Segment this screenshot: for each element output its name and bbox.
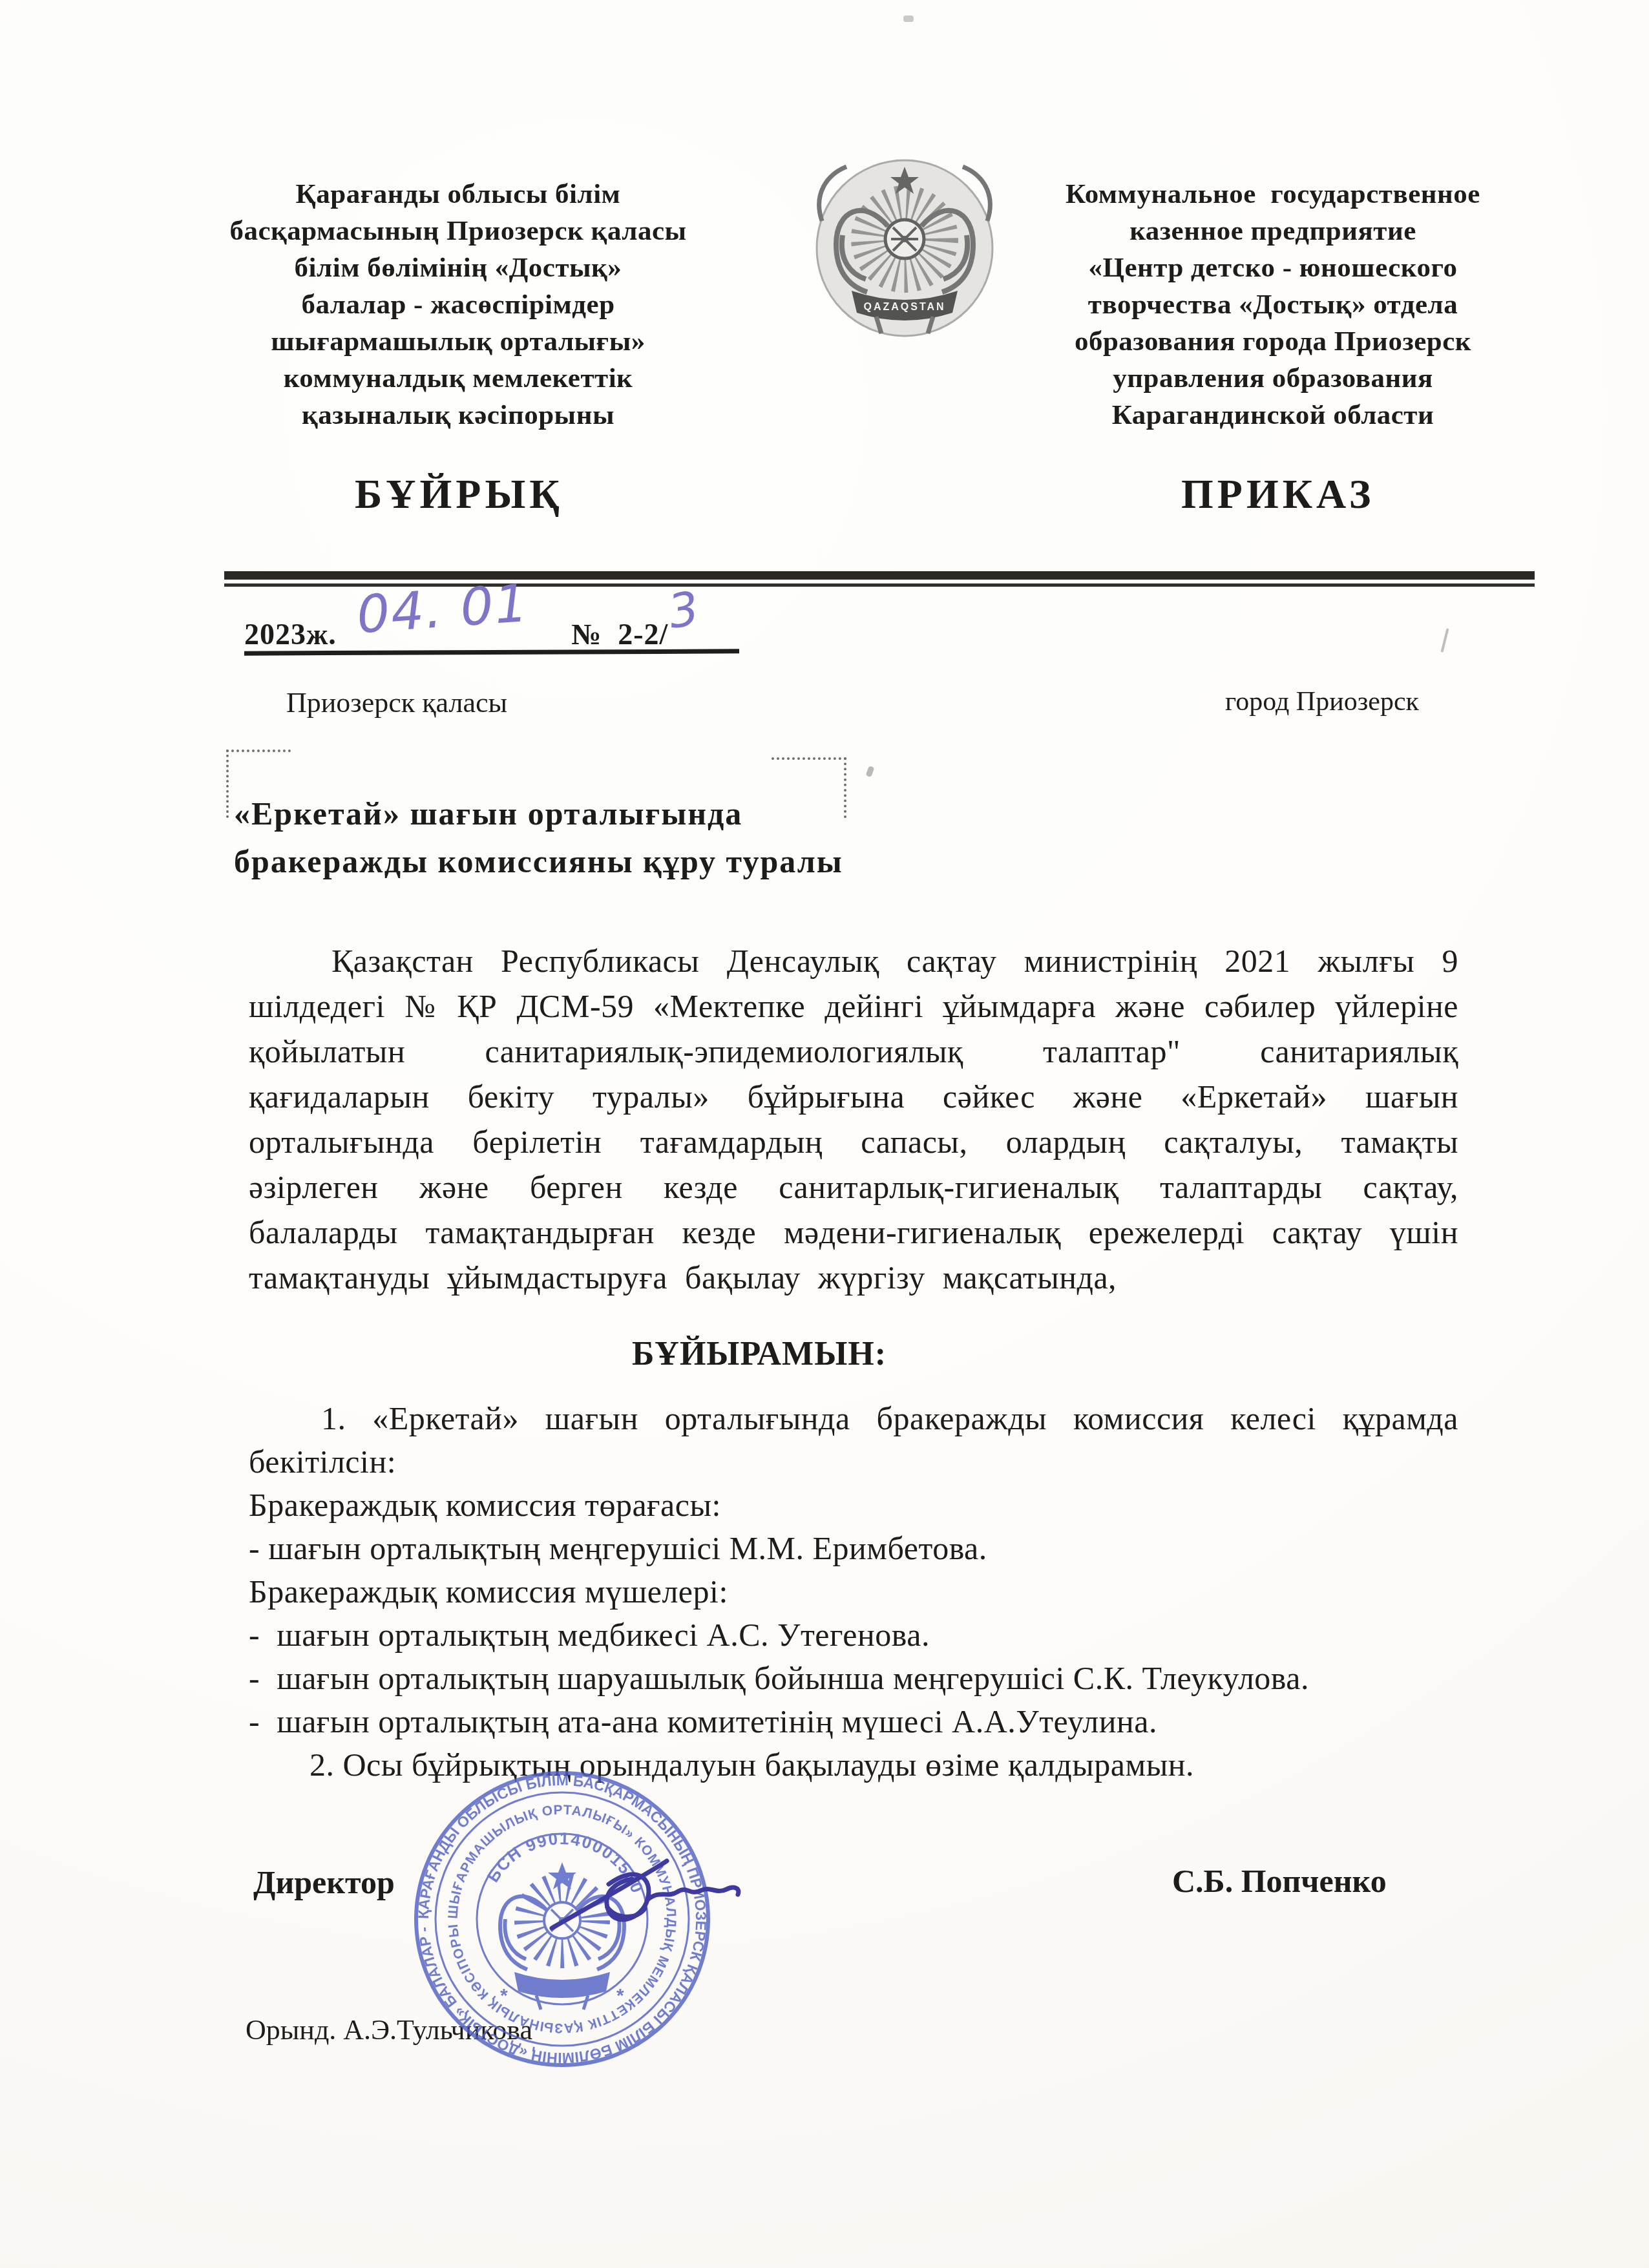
order-number-label: № 2-2/ <box>571 617 668 651</box>
kazakhstan-emblem-icon: QAZAQSTAN <box>810 151 999 344</box>
director-role-label: Директор <box>253 1864 395 1901</box>
header-rule-thick <box>224 571 1535 580</box>
stamp-separator-star-right: * <box>616 1985 624 2006</box>
director-name: С.Б. Попченко <box>1172 1862 1387 1900</box>
stamp-separator-star-left: * <box>500 1985 508 2006</box>
commission-chair: - шағын орталықтың меңгерушісі М.М. Ерим… <box>249 1527 1458 1570</box>
commission-chair-label: Бракераждық комиссия төрағасы: <box>249 1484 1458 1527</box>
resolve-word: БҰЙЫРАМЫН: <box>249 1335 1270 1373</box>
order-subject: «Еркетай» шағын орталығында бракеражды к… <box>234 790 843 885</box>
order-item-1: 1. «Еркетай» шағын орталығында бракеражд… <box>249 1397 1458 1484</box>
place-kazakh: Приозерск қаласы <box>286 686 507 719</box>
commission-member-3: - шағын орталықтың ата-ана комитетінің м… <box>249 1700 1458 1743</box>
order-items: 1. «Еркетай» шағын орталығында бракеражд… <box>249 1397 1458 1787</box>
order-preamble: Қазақстан Республикасы Денсаулық сақтау … <box>249 938 1458 1300</box>
scanned-order-document: Қарағанды облысы білім басқармасының При… <box>0 0 1649 2268</box>
commission-member-1: - шағын орталықтың медбикесі А.С. Утеген… <box>249 1613 1458 1657</box>
order-year-label: 2023ж. <box>244 617 337 651</box>
director-signature <box>540 1836 760 1946</box>
commission-members-label: Бракераждық комиссия мүшелері: <box>249 1570 1458 1613</box>
commission-member-2: - шағын орталықтың шаруашылық бойынша ме… <box>249 1657 1458 1700</box>
ink-speck-top <box>903 16 914 22</box>
emblem-banner-label: QAZAQSTAN <box>863 302 945 313</box>
ink-speck-subject <box>866 766 875 777</box>
org-name-kazakh: Қарағанды облысы білім басқармасының При… <box>218 176 698 434</box>
order-word-russian: ПРИКАЗ <box>1181 470 1374 518</box>
order-word-kazakh: БҰЙРЫҚ <box>355 470 563 518</box>
order-number-handwritten: 3 <box>665 581 702 639</box>
stamp-center-banner: ҚАЗАҚСТАН <box>537 1980 587 1990</box>
order-date-handwritten: 04. 01 <box>355 573 530 645</box>
place-russian: город Приозерск <box>1225 686 1419 717</box>
ink-speck-right-margin <box>1440 628 1449 653</box>
org-name-russian: Коммунальное государственное казенное пр… <box>1039 176 1507 434</box>
